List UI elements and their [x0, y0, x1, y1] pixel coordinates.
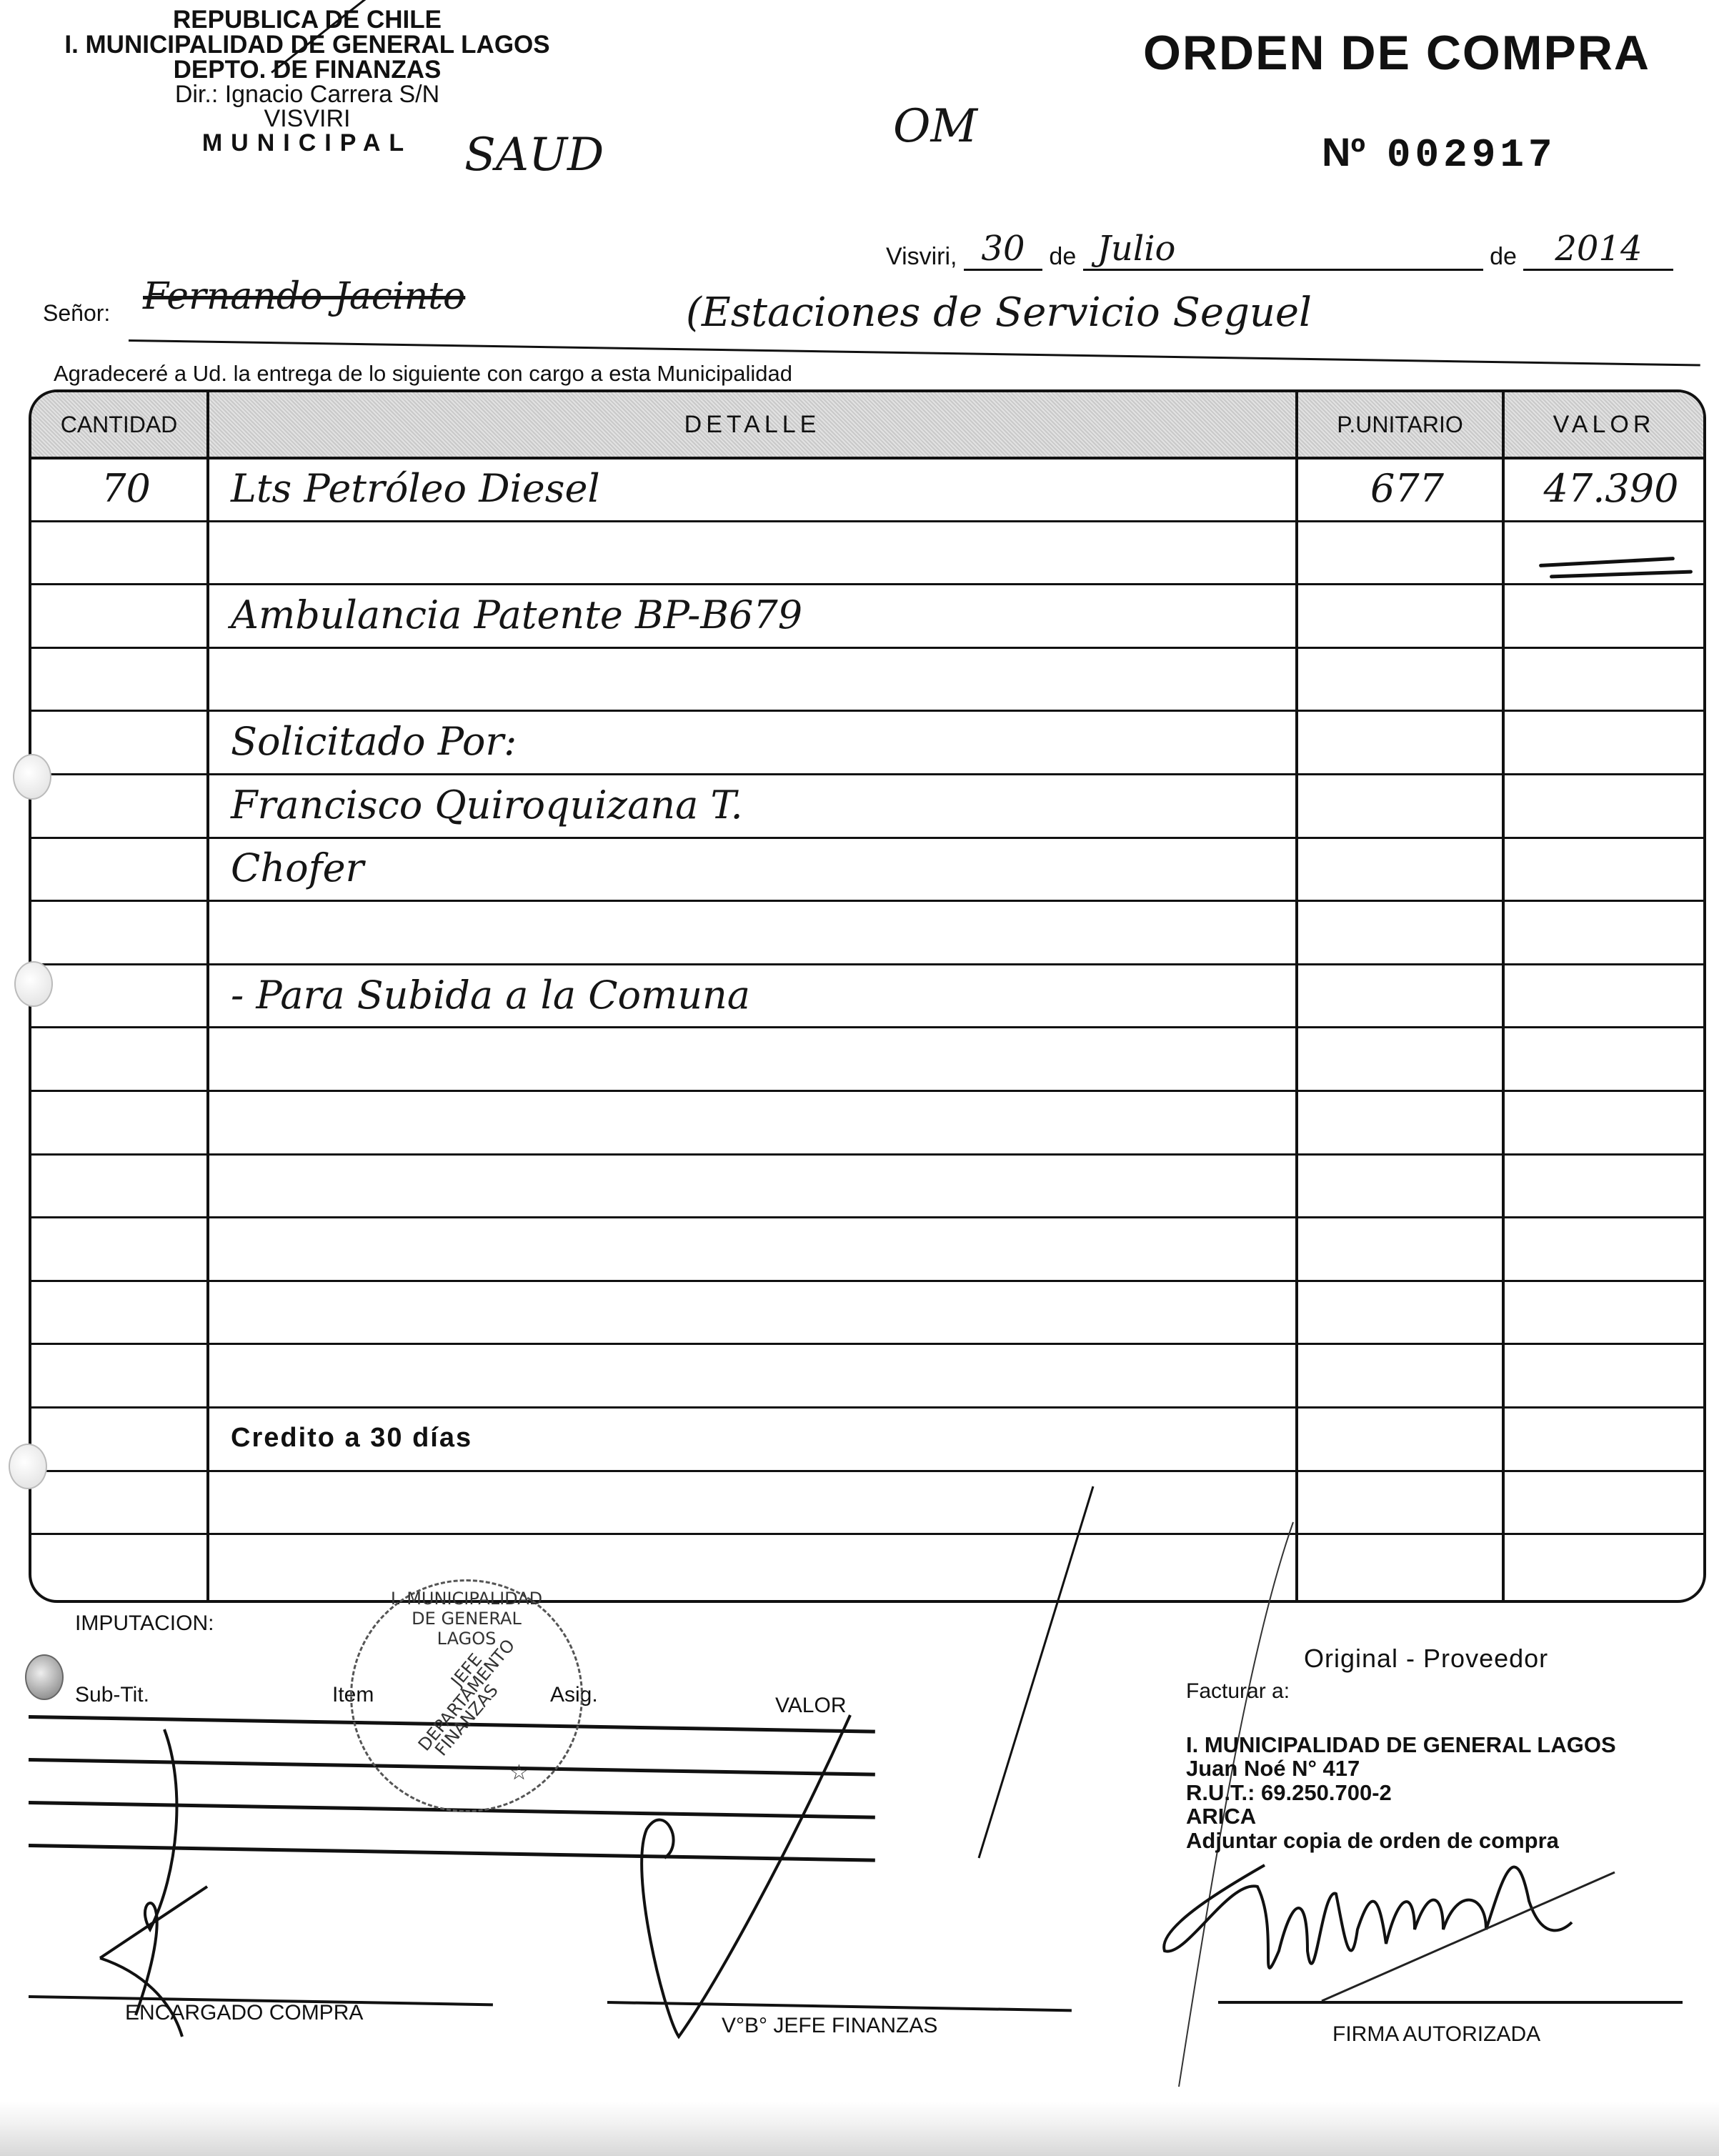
- billing-address: I. MUNICIPALIDAD DE GENERAL LAGOS Juan N…: [1186, 1733, 1616, 1852]
- scan-edge-shadow: [0, 2101, 1719, 2156]
- billing-label: Facturar a:: [1186, 1679, 1290, 1704]
- copy-label: Original - Proveedor: [1304, 1644, 1548, 1674]
- billing-rut: R.U.T.: 69.250.700-2: [1186, 1781, 1616, 1804]
- billing-instruction: Adjuntar copia de orden de compra: [1186, 1829, 1616, 1852]
- authorized-signature-label: FIRMA AUTORIZADA: [1332, 2022, 1540, 2047]
- buyer-signature-label: ENCARGADO COMPRA: [125, 2001, 363, 2025]
- billing-city: ARICA: [1186, 1804, 1616, 1828]
- authorized-signature-line: [1218, 2001, 1683, 2004]
- billing-street: Juan Noé N° 417: [1186, 1757, 1616, 1780]
- finance-signature-label: V°B° JEFE FINANZAS: [722, 2014, 937, 2038]
- billing-entity: I. MUNICIPALIDAD DE GENERAL LAGOS: [1186, 1733, 1616, 1757]
